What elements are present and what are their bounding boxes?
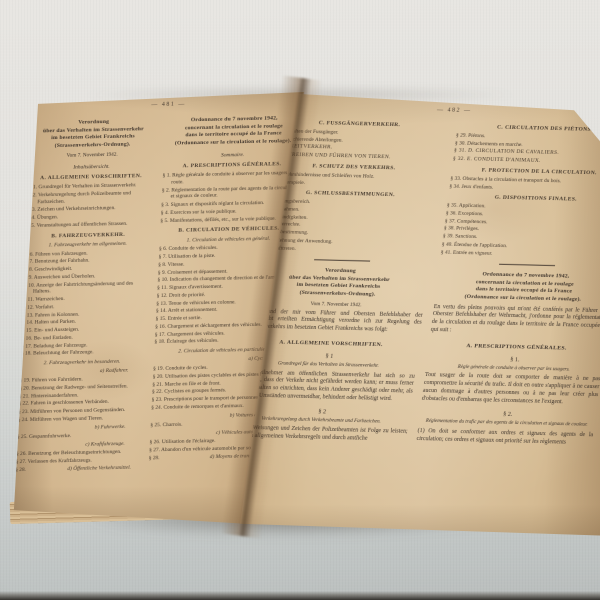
photo-of-open-booklet: — 481 — Verordnungüber das Verhalten im …	[0, 0, 600, 600]
toc-entry-text: § 39. Sanctions.	[443, 233, 478, 240]
toc-entry-text: § 33. Obstacles à la circulation et tran…	[450, 175, 561, 184]
toc-entry: 2. Fahrzeugverkehr im besonderen.	[21, 358, 144, 367]
french-body-title: Ordonnance du 7 novembre 1942,concernant…	[435, 270, 600, 304]
toc-entry-text: A. ALLGEMEINE VORSCHRIFTEN.	[40, 173, 142, 181]
right-page-french-column: C. CIRCULATION DES PIÉTONS. § 29. Piéton…	[416, 119, 600, 448]
toc-entry-text: § 18. Éclairage des véhicules.	[155, 338, 219, 345]
toc-entry-text: § 16. Chargement et déchargement des véh…	[155, 321, 262, 329]
toc-entry-text: § 9. Ausweichen und Überholen.	[25, 273, 96, 280]
toc-entry-text: § 26. Benutzung der Beleuchtungseinricht…	[16, 448, 122, 456]
toc-entry-text: A. PRESCRIPTIONS GÉNÉRALES.	[183, 161, 282, 169]
toc-entry-text: C. CIRCULATION DES PIÉTONS.	[497, 124, 593, 132]
toc-entry-text: § 22. Cyclistes en groupes fermés.	[152, 388, 226, 396]
toc-entry-text: § 1. Grundregel für Verhalten im Strasse…	[29, 182, 137, 190]
toc-entry-text: § 11. Warnzeichen.	[24, 296, 65, 303]
french-paragraph-1-text: Tout usager de la route doit se comporte…	[422, 372, 600, 407]
toc-entry-text: 1. Circulation de véhicules en général.	[187, 236, 271, 244]
toc-entry-text: § 24. Conduite de remorques et d'animaux…	[152, 403, 245, 411]
separator-rule	[314, 259, 370, 261]
toc-entry-text: § 36. Exceptions.	[446, 210, 484, 217]
toc-entry-text: § 41. Entrée en vigueur.	[441, 249, 493, 256]
toc-entry-text: § 37. Compétences.	[445, 218, 488, 225]
french-section-a-heading: A. PRESCRIPTIONS GÉNÉRALES.	[429, 341, 600, 351]
toc-entry-text: § 34. Jeux d'enfants.	[449, 183, 494, 190]
toc-entry-text: § 30. Détachements en marche.	[455, 140, 523, 148]
toc-entry-text: § 14. Halten und Parken.	[23, 319, 77, 326]
french-intro-paragraph: En vertu des pleins pouvoirs qui m'ont é…	[431, 303, 600, 338]
separator-rule	[499, 264, 555, 266]
left-page-german-column: Verordnungüber das Verhalten im Strassen…	[15, 114, 156, 475]
toc-entry-text: § 21. Marche en file et de front.	[153, 380, 222, 387]
toc-entry-text: § 23. Mitführen von Personen und Gegenst…	[18, 407, 125, 415]
toc-entry-text: § 4. Übungen.	[28, 214, 59, 221]
toc-entry-text: § 14. Arrêt et stationnement.	[156, 307, 218, 314]
german-paragraph-2-text: (1) Den Weisungen und Zeichen der Polize…	[231, 424, 408, 444]
toc-entry: B. CIRCULATION DE VÉHICULES.	[160, 225, 298, 235]
toc-entry-text: § 21. Hintereinanderfahren.	[19, 392, 79, 399]
german-intro-paragraph: Auf Grund der mir vom Führer und Oberste…	[245, 308, 423, 336]
toc-entry: A. ALLGEMEINE VORSCHRIFTEN.	[30, 173, 153, 182]
toc-entry-text: § 38. Privilèges.	[444, 225, 480, 232]
toc-entry-text: § 13. Tenue de véhicules en colonne.	[157, 299, 237, 307]
german-toc-label: Inhaltsübersicht.	[30, 163, 153, 172]
german-toc: A. ALLGEMEINE VORSCHRIFTEN. § 1. Grundre…	[15, 173, 153, 473]
toc-entry-text: § 17. Beladung der Fahrzeuge.	[22, 342, 88, 349]
german-paragraph-1-text: Jeder Teilnehmer am öffentlichen Strasse…	[236, 369, 415, 404]
toc-entry-text: F. PROTECTION DE LA CIRCULATION.	[482, 167, 598, 176]
toc-entry-text: c) Kraftfahrzeuge.	[86, 441, 126, 448]
toc-entry-text: § 7. Benutzung der Fahrbahn.	[26, 258, 90, 265]
toc-entry-text: C. FUSSGÄNGERVERKEHR.	[319, 120, 401, 128]
toc-entry-text: 1. Fahrzeugverkehr im allgemeinen.	[49, 241, 128, 249]
toc-entry-text: G. DISPOSITIONS FINALES.	[495, 194, 578, 202]
toc-entry-text: § 27. Verlassen des Kraftfahrzeugs.	[16, 457, 93, 465]
toc-entry-text: § 15. Entrée et sortie.	[156, 315, 202, 322]
toc-entry-text: § 9. Croisement et dépassement.	[158, 268, 228, 275]
toc-entry-text: G. SCHLUSSBESTIMMUNGEN.	[306, 190, 396, 198]
toc-entry-text: § 24. Mitführen von Wagen und Tieren.	[18, 415, 104, 423]
toc-entry-text: § 4. Exercices sur la voie publique.	[161, 208, 237, 216]
title-line: (Strassenverkehrs-Ordnung).	[31, 140, 155, 150]
toc-entry-text: § 28.	[15, 466, 26, 473]
french-ordinance-title: Ordonnance du 7 novembre 1942,concernant…	[164, 115, 303, 148]
toc-entry: 1. Fahrzeugverkehr im allgemeinen.	[26, 240, 149, 249]
toc-entry: § 2. Verkehrsregelung durch Polizeibeamt…	[29, 190, 153, 206]
toc-entry-text: § 1. Règle générale de conduite à observ…	[163, 170, 300, 185]
toc-entry: § 1. Règle générale de conduite à observ…	[163, 170, 302, 186]
french-toc-continued: C. CIRCULATION DES PIÉTONS. § 29. Piéton…	[441, 123, 600, 259]
toc-entry-text: § 26. Utilisation de l'éclairage.	[150, 437, 216, 444]
toc-entry-text: § 19. Führen von Fahrrädern.	[20, 376, 83, 383]
german-section-a-heading: A. ALLGEMEINE VORSCHRIFTEN.	[243, 338, 419, 348]
toc-entry-text: § 2. Réglementation de la route par des …	[162, 184, 298, 199]
toc-entry-text: b) Fuhrwerke.	[95, 424, 126, 431]
photo-bottom-edge-strip	[0, 591, 600, 600]
toc-entry: A. PRESCRIPTIONS GÉNÉRALES.	[163, 161, 301, 171]
toc-entry-text: § 7. Utilisation de la piste.	[159, 253, 216, 260]
toc-entry: § 2. Réglementation de la route par des …	[162, 184, 301, 200]
toc-entry-text: 2. Fahrzeugverkehr im besonderen.	[44, 359, 121, 367]
toc-entry-text: B. FAHRZEUGVERKEHR.	[52, 231, 126, 239]
toc-entry-text: § 3. Zeichen und Verkehrseinrichtungen.	[28, 205, 116, 213]
toc-entry-text: § 25. Gespannfuhrwerke.	[17, 432, 72, 439]
toc-entry-text: F. SCHUTZ DES VERKEHRS.	[312, 163, 396, 171]
toc-entry-text: § 28.	[149, 455, 160, 462]
toc-entry-text: § 29. Piétons.	[456, 132, 486, 139]
toc-entry-text: a) Radfahrer.	[100, 368, 129, 375]
french-toc-label: Sommaire.	[164, 151, 302, 160]
toc-entry-text: § 8. Vitesse.	[159, 261, 186, 268]
toc-entry-text: § 17. Chargement des véhicules.	[155, 330, 225, 337]
toc-entry-text: § 18. Beleuchtung der Fahrzeuge.	[21, 349, 94, 357]
toc-entry-text: § 40. Étendue de l'application.	[442, 241, 508, 249]
toc-entry-text: § 6. Führen von Fahrzeugen.	[26, 250, 88, 257]
toc-entry-text: § 22. Fahren in geschlossenen Verbänden.	[19, 399, 110, 407]
right-page-number: — 482 —	[274, 103, 600, 118]
toc-entry-text: § 12. Vorfahrt.	[23, 304, 55, 311]
toc-entry-right-text: d) Öffentliche Verkehrsmittel.	[68, 464, 139, 472]
toc-entry-text: § 35. Application.	[447, 202, 486, 209]
toc-entry-text: § 19. Conduite de cycles.	[153, 365, 208, 372]
toc-entry-text: B. CIRCULATION DE VÉHICULES.	[179, 225, 280, 233]
toc-entry-text: 2. Circulation de véhicules en particuli…	[179, 347, 269, 355]
toc-entry-text: § 6. Conduite de véhicules.	[159, 245, 218, 252]
toc-entry-text: § 3. Signaux et dispositifs réglant la c…	[161, 199, 264, 207]
toc-entry: § 10. Anzeige der Fahrtrichtungsänderung…	[24, 280, 148, 296]
toc-entry-text: § 2. Verkehrsregelung durch Polizeibeamt…	[29, 190, 132, 205]
german-body-title: Verordnungüber das Verhalten im Strassen…	[250, 266, 429, 300]
toc-entry-text: § 25. Charrois.	[151, 421, 183, 428]
toc-entry: B. FAHRZEUGVERKEHR.	[27, 230, 150, 239]
french-paragraph-2-text: (1) On doit se conformer aux ordres et s…	[416, 427, 593, 447]
toc-entry-text: § 10. Anzeige der Fahrtrichtungsänderung…	[25, 280, 134, 295]
german-ordinance-date: Vom 7. November 1942.	[31, 151, 154, 160]
toc-entry-text: § 13. Fahren in Kolonnen.	[23, 311, 80, 318]
german-ordinance-title: Verordnungüber das Verhalten im Strassen…	[31, 118, 156, 151]
toc-entry-text: § 15. Ein- und Aussteigen.	[22, 327, 79, 334]
toc-entry: § 28.d) Öffentliche Verkehrsmittel.	[15, 464, 138, 473]
toc-entry-text: § 5. Veranstaltungen auf öffentlichen St…	[27, 220, 128, 228]
toc-entry-text: § 11. Signaux d'avertissement.	[157, 284, 223, 291]
toc-entry-text: § 16. Be- und Entladen.	[22, 334, 73, 341]
german-body-date: Vom 7. November 1942.	[248, 299, 424, 309]
toc-entry-text: § 12. Droit de priorité.	[157, 292, 206, 299]
toc-entry-text: § 8. Geschwindigkeit.	[25, 266, 73, 273]
